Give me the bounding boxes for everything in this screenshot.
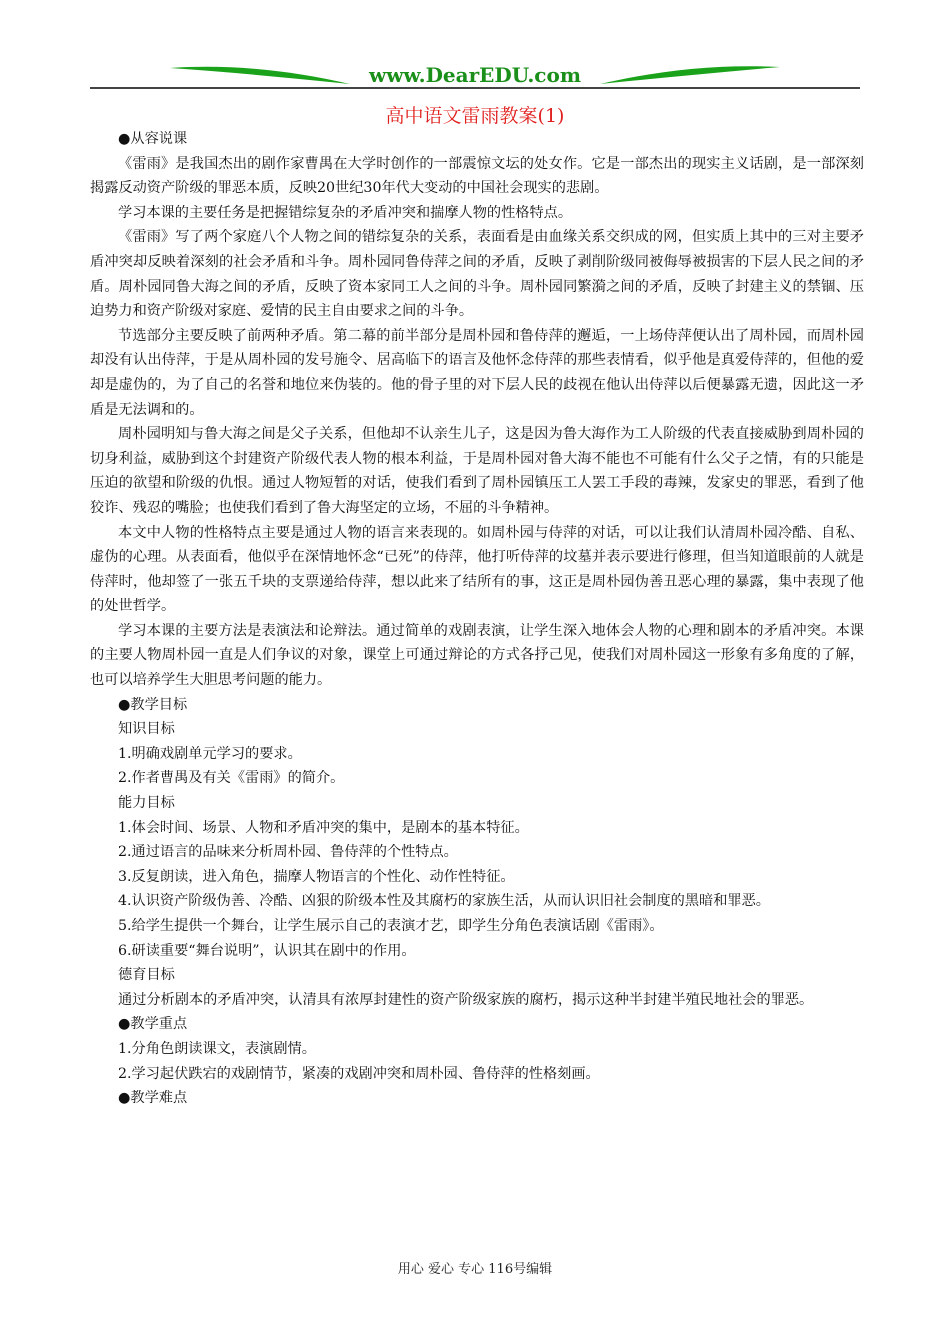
document-body: ●从容说课《雷雨》是我国杰出的剧作家曹禺在大学时创作的一部震惊文坛的处女作。它是… [90,127,864,1111]
section-line: 4.认识资产阶级伪善、冷酷、凶狠的阶级本性及其腐朽的家族生活，从而认识旧社会制度… [90,889,864,914]
section-line: ●从容说课 [90,127,864,152]
section-line: 能力目标 [90,791,864,816]
page-footer: 用心 爱心 专心 116号编辑 [0,1258,950,1277]
paragraph: 学习本课的主要方法是表演法和论辩法。通过简单的戏剧表演，让学生深入地体会人物的心… [90,619,864,693]
section-line: 德育目标 [90,963,864,988]
section-line: ●教学目标 [90,693,864,718]
paragraph: 《雷雨》写了两个家庭八个人物之间的错综复杂的关系，表面看是由血缘关系交织成的网，… [90,225,864,323]
section-line: ●教学重点 [90,1012,864,1037]
section-line: 1.明确戏剧单元学习的要求。 [90,742,864,767]
paragraph: 学习本课的主要任务是把握错综复杂的矛盾冲突和揣摩人物的性格特点。 [90,201,864,226]
site-banner: www.DearEDU.com [90,60,860,90]
section-line: 3.反复朗读，进入角色，揣摩人物语言的个性化、动作性特征。 [90,865,864,890]
section-line: 知识目标 [90,717,864,742]
section-line: 2.作者曹禺及有关《雷雨》的简介。 [90,766,864,791]
section-line: 1.体会时间、场景、人物和矛盾冲突的集中，是剧本的基本特征。 [90,816,864,841]
paragraph: 《雷雨》是我国杰出的剧作家曹禺在大学时创作的一部震惊文坛的处女作。它是一部杰出的… [90,152,864,201]
section-line: 5.给学生提供一个舞台，让学生展示自己的表演才艺，即学生分角色表演话剧《雷雨》。 [90,914,864,939]
right-swoosh-decoration [600,64,780,86]
paragraph: 本文中人物的性格特点主要是通过人物的语言来表现的。如周朴园与侍萍的对话，可以让我… [90,521,864,619]
section-line: 6.研读重要“舞台说明”，认识其在剧中的作用。 [90,939,864,964]
paragraph: 节选部分主要反映了前两种矛盾。第二幕的前半部分是周朴园和鲁侍萍的邂逅，一上场侍萍… [90,324,864,422]
section-line: 2.通过语言的品味来分析周朴园、鲁侍萍的个性特点。 [90,840,864,865]
header-divider [90,87,860,89]
paragraph: 通过分析剧本的矛盾冲突，认清具有浓厚封建性的资产阶级家族的腐朽，揭示这种半封建半… [90,988,864,1013]
section-line: ●教学难点 [90,1086,864,1111]
site-logo-text: www.DearEDU.com [345,63,605,87]
paragraph: 周朴园明知与鲁大海之间是父子关系，但他却不认亲生儿子，这是因为鲁大海作为工人阶级… [90,422,864,520]
left-swoosh-decoration [170,64,350,86]
document-title: 高中语文雷雨教案(1) [0,101,950,128]
section-line: 1.分角色朗读课文，表演剧情。 [90,1037,864,1062]
section-line: 2.学习起伏跌宕的戏剧情节，紧凑的戏剧冲突和周朴园、鲁侍萍的性格刻画。 [90,1062,864,1087]
